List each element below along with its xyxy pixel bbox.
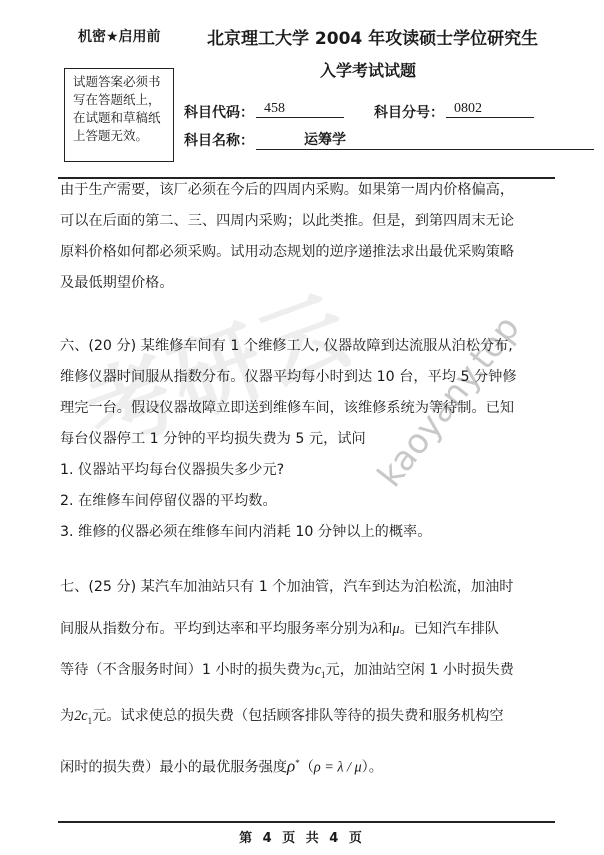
text-line: 为2c1元。试求使总的损失费（包括顾客排队等待的损失费和服务机构空 (60, 696, 570, 742)
text-line: 维修仪器时间服从指数分布。仪器平均每小时到达 10 台，平均 5 分钟修 (60, 362, 570, 393)
continued-question: 由于生产需要，该厂必须在今后的四周内采购。如果第一周内价格偏高， 可以在后面的第… (60, 175, 570, 299)
subject-number-label: 科目分号： (374, 102, 444, 122)
confidential-label: 机密★启用前 (78, 26, 161, 46)
footer-divider (58, 821, 555, 823)
subject-code-value: 458 (256, 101, 344, 118)
text-line: 间服从指数分布。平均到达率和平均服务率分别为λ和μ。已知汽车排队 (60, 609, 570, 651)
rho-symbol: ρ (287, 756, 295, 775)
text-segment: 等待（不含服务时间）1 小时的损失费为 (60, 662, 315, 678)
sub-question-2: 2. 在维修车间停留仪器的平均数。 (60, 486, 570, 517)
notice-line: 在试题和草稿纸 (73, 109, 173, 127)
text-line: 闲时的损失费）最小的最优服务强度ρ*（ρ = λ / μ）。 (60, 743, 570, 789)
text-line: 理完一台。假设仪器故障立即送到维修车间，该维修系统为等待制。已知 (60, 393, 570, 424)
page-number: 第 4 页 共 4 页 (0, 827, 604, 846)
text-segment: 和 (378, 621, 392, 637)
text-line: 及最低期望价格。 (60, 268, 570, 299)
text-segment: 间服从指数分布。平均到达率和平均服务率分别为 (60, 621, 372, 637)
exam-subtitle: 入学考试试题 (320, 58, 416, 81)
text-segment: ）。 (362, 759, 383, 775)
text-segment: 。已知汽车排队 (400, 621, 499, 637)
notice-line: 写在答题纸上， (73, 91, 173, 109)
subject-number-value: 0802 (446, 101, 534, 118)
notice-line: 上答题无效。 (73, 127, 173, 145)
notice-line: 试题答案必须书 (73, 73, 173, 91)
sub-question-3: 3. 维修的仪器必须在维修车间内消耗 10 分钟以上的概率。 (60, 517, 570, 548)
text-line: 六、(20 分) 某维修车间有 1 个维修工人, 仪器故障到达流服从泊松分布, (60, 331, 570, 362)
two-c1-symbol: 2c (74, 708, 87, 724)
text-line: 原料价格如何都必须采购。试用动态规划的逆序递推法求出最优采购策略 (60, 237, 570, 268)
exam-title: 北京理工大学 2004 年攻读硕士学位研究生 (207, 24, 538, 49)
question-7: 七、(25 分) 某汽车加油站只有 1 个加油管，汽车到达为泊松流，加油时 间服… (60, 567, 570, 789)
text-line: 可以在后面的第二、三、四周内采购；以此类推。但是，到第四周末无论 (60, 206, 570, 237)
sub-question-1: 1. 仪器站平均每台仪器损失多少元? (60, 455, 570, 486)
text-line: 由于生产需要，该厂必须在今后的四周内采购。如果第一周内价格偏高， (60, 175, 570, 206)
text-segment: （ (300, 759, 314, 775)
text-segment: 元。试求使总的损失费（包括顾客排队等待的损失费和服务机构空 (92, 708, 503, 724)
text-line: 每台仪器停工 1 分钟的平均损失费为 5 元，试问 (60, 424, 570, 455)
mu-symbol: μ (393, 621, 400, 637)
subject-name-value: 运筹学 (256, 129, 594, 150)
text-line: 等待（不含服务时间）1 小时的损失费为c1元，加油站空闲 1 小时损失费 (60, 650, 570, 696)
text-line: 七、(25 分) 某汽车加油站只有 1 个加油管，汽车到达为泊松流，加油时 (60, 567, 570, 609)
rho-formula: ρ = λ / μ (314, 759, 362, 775)
subject-name-label: 科目名称： (184, 130, 254, 150)
text-segment: 闲时的损失费）最小的最优服务强度 (60, 759, 287, 775)
text-segment: 元，加油站空闲 1 小时损失费 (326, 662, 514, 678)
notice-box: 试题答案必须书 写在答题纸上， 在试题和草稿纸 上答题无效。 (64, 68, 174, 162)
subject-code-label: 科目代码： (184, 102, 254, 122)
question-6: 六、(20 分) 某维修车间有 1 个维修工人, 仪器故障到达流服从泊松分布, … (60, 331, 570, 548)
text-segment: 为 (60, 708, 74, 724)
